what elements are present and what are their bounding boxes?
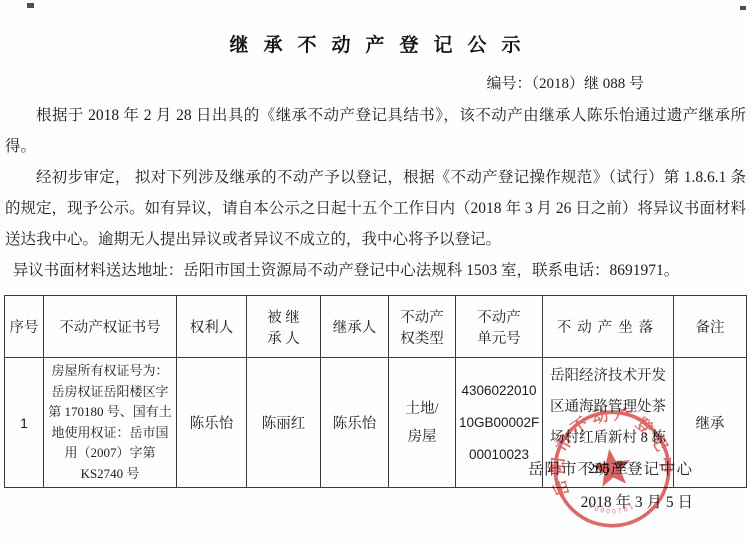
issuing-org: 岳阳市不动产登记中心 — [528, 460, 693, 479]
page-title: 继承不动产登记公示 — [0, 0, 750, 57]
notice-body: 根据于 2018 年 2 月 28 日出具的《继承不动产登记具结书》，该不动产由… — [5, 100, 746, 286]
paragraph-contact: 异议书面材料送达地址：岳阳市国土资源局不动产登记中心法规科 1503 室，联系电… — [5, 255, 746, 286]
cell-heir: 陈乐怡 — [321, 358, 389, 488]
header-note: 备注 — [674, 296, 747, 358]
paragraph-basis: 根据于 2018 年 2 月 28 日出具的《继承不动产登记具结书》，该不动产由… — [5, 100, 746, 162]
signature-block: 岳阳市不动产登记中心 2018 年 3 月 5 日 — [528, 460, 693, 512]
cell-property-type: 土地/ 房屋 — [389, 358, 456, 488]
paragraph-review: 经初步审定， 拟对下列涉及继承的不动产予以登记，根据《不动产登记操作规范》（试行… — [5, 162, 746, 255]
header-heir: 继承人 — [321, 296, 389, 358]
header-type: 不动产 权类型 — [389, 296, 456, 358]
header-unit: 不动产 单元号 — [456, 296, 543, 358]
table-header-row: 序号 不动产权证书号 权利人 被 继 承 人 继承人 不动产 权类型 不动产 单… — [5, 296, 747, 358]
issue-date: 2018 年 3 月 5 日 — [528, 493, 693, 512]
cell-decedent: 陈丽红 — [247, 358, 321, 488]
header-cert: 不动产权证书号 — [44, 296, 177, 358]
header-decedent: 被 继 承 人 — [247, 296, 321, 358]
scan-artifact — [740, 6, 746, 10]
cell-seq: 1 — [5, 358, 44, 488]
header-location: 不动产坐落 — [543, 296, 674, 358]
cell-holder: 陈乐怡 — [177, 358, 247, 488]
header-holder: 权利人 — [177, 296, 247, 358]
header-seq: 序号 — [5, 296, 44, 358]
cell-cert-number: 房屋所有权证号为：岳房权证岳阳楼区字第 170180 号、国有土地使用权证：岳市… — [44, 358, 177, 488]
scan-artifact — [27, 3, 34, 8]
document-number: 编号：（2018）继 088 号 — [0, 72, 750, 93]
notice-document-page: 继承不动产登记公示 编号：（2018）继 088 号 根据于 2018 年 2 … — [0, 0, 750, 550]
